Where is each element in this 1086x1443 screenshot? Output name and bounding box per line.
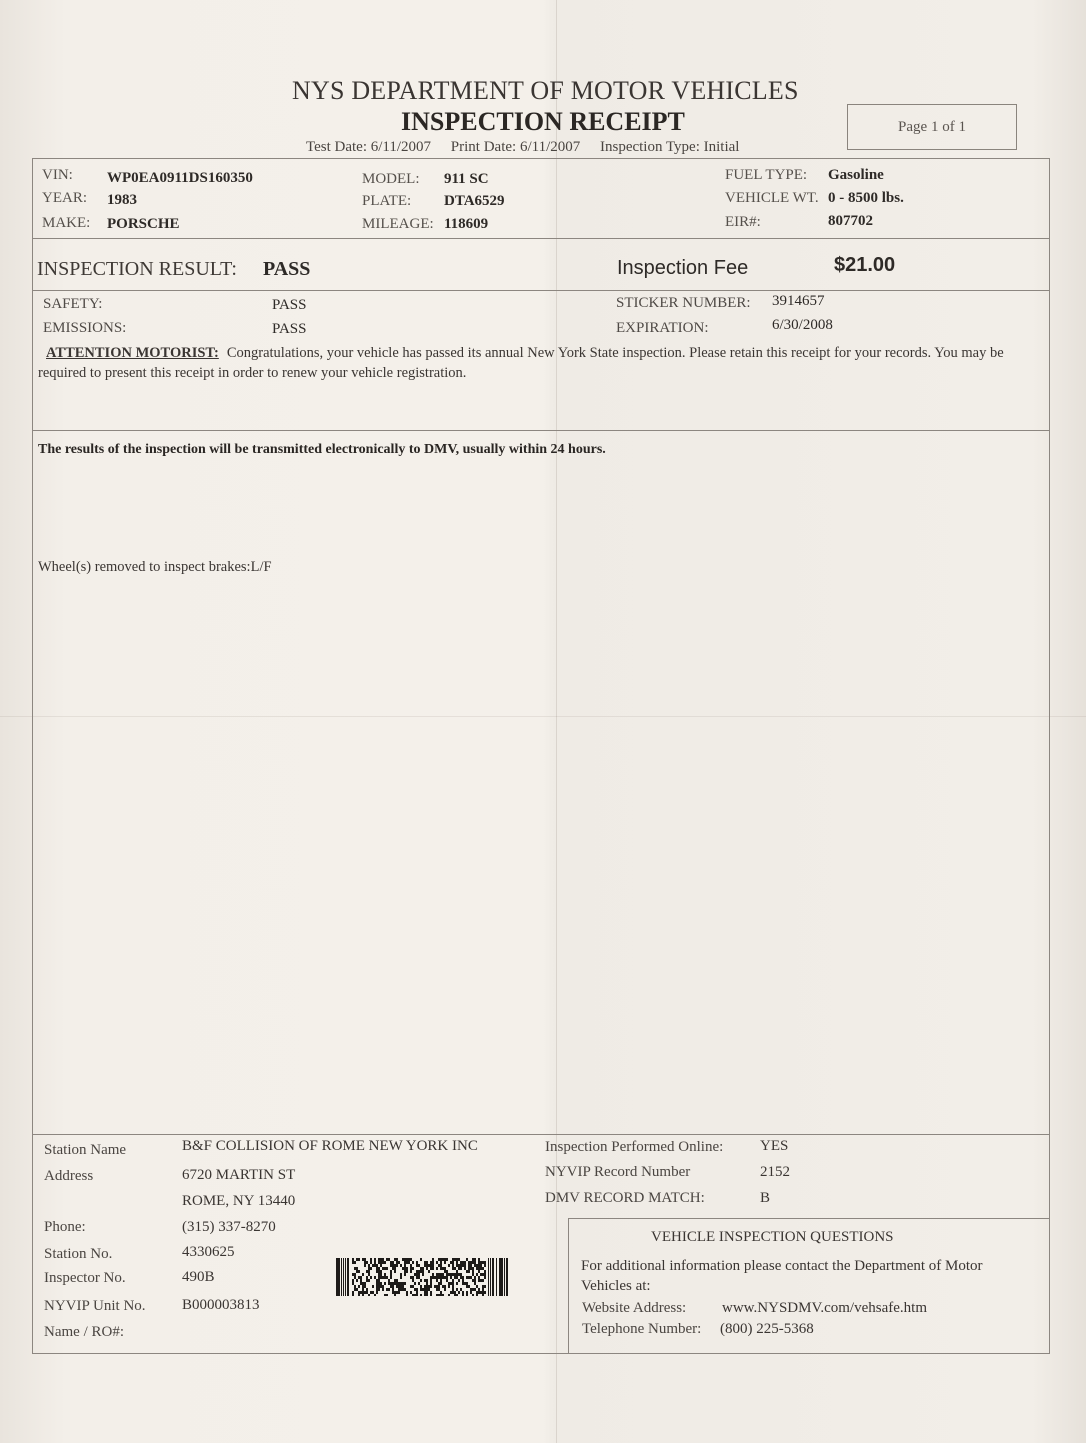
station-name-value: B&F COLLISION OF ROME NEW YORK INC — [182, 1138, 478, 1155]
divider — [32, 238, 1050, 239]
vin-value: WP0EA0911DS160350 — [107, 170, 253, 187]
phone-label: Phone: — [44, 1219, 86, 1236]
safety-value: PASS — [272, 297, 306, 314]
inspector-no-value: 490B — [182, 1269, 215, 1286]
eir-value: 807702 — [828, 213, 873, 230]
year-value: 1983 — [107, 192, 137, 209]
test-date: Test Date: 6/11/2007 — [306, 139, 431, 155]
unit-no-label: NYVIP Unit No. — [44, 1298, 146, 1315]
website-link[interactable]: www.NYSDMV.com/vehsafe.htm — [722, 1300, 927, 1317]
telephone-value: (800) 225-5368 — [720, 1321, 814, 1338]
year-label: YEAR: — [42, 190, 87, 207]
fuel-type-label: FUEL TYPE: — [725, 167, 807, 184]
sticker-number-value: 3914657 — [772, 293, 825, 310]
eir-label: EIR#: — [725, 214, 761, 231]
dmv-record-match-value: B — [760, 1190, 770, 1207]
attention-heading: ATTENTION MOTORIST: — [46, 345, 219, 361]
fee-value: $21.00 — [834, 254, 895, 277]
address-label: Address — [44, 1168, 93, 1185]
questions-title: VEHICLE INSPECTION QUESTIONS — [651, 1229, 894, 1246]
emissions-value: PASS — [272, 321, 306, 338]
vehicle-weight-label: VEHICLE WT. — [725, 190, 819, 207]
mileage-value: 118609 — [444, 216, 488, 233]
attention-message: ATTENTION MOTORIST:Congratulations, your… — [38, 343, 1038, 383]
fee-label: Inspection Fee — [617, 257, 748, 280]
station-no-label: Station No. — [44, 1246, 112, 1263]
sticker-number-label: STICKER NUMBER: — [616, 295, 751, 312]
mileage-label: MILEAGE: — [362, 216, 434, 233]
inspection-type: Inspection Type: Initial — [600, 139, 739, 155]
agency-name: NYS DEPARTMENT OF MOTOR VEHICLES — [292, 76, 799, 106]
name-ro-label: Name / RO#: — [44, 1324, 124, 1341]
safety-label: SAFETY: — [43, 296, 102, 313]
nyvip-record-label: NYVIP Record Number — [545, 1164, 690, 1181]
print-date: Print Date: 6/11/2007 — [451, 139, 580, 155]
expiration-value: 6/30/2008 — [772, 317, 833, 334]
header-dates: Test Date: 6/11/2007 Print Date: 6/11/20… — [306, 139, 755, 156]
performed-online-label: Inspection Performed Online: — [545, 1139, 723, 1156]
telephone-label: Telephone Number: — [582, 1321, 701, 1338]
website-label: Website Address: — [582, 1300, 686, 1317]
plate-label: PLATE: — [362, 193, 411, 210]
emissions-label: EMISSIONS: — [43, 320, 126, 337]
address-line1: 6720 MARTIN ST — [182, 1167, 295, 1184]
divider — [32, 1134, 1050, 1135]
divider — [32, 290, 1050, 291]
performed-online-value: YES — [760, 1138, 788, 1155]
phone-value: (315) 337-8270 — [182, 1219, 276, 1236]
expiration-label: EXPIRATION: — [616, 320, 709, 337]
questions-text: For additional information please contac… — [581, 1256, 1001, 1296]
address-line2: ROME, NY 13440 — [182, 1193, 295, 1210]
vehicle-weight-value: 0 - 8500 lbs. — [828, 190, 904, 207]
result-label: INSPECTION RESULT: — [37, 258, 237, 281]
fuel-type-value: Gasoline — [828, 167, 884, 184]
plate-value: DTA6529 — [444, 193, 505, 210]
page-indicator: Page 1 of 1 — [847, 104, 1017, 150]
station-name-label: Station Name — [44, 1142, 126, 1159]
make-label: MAKE: — [42, 215, 90, 232]
result-value: PASS — [263, 258, 310, 281]
nyvip-record-value: 2152 — [760, 1164, 790, 1181]
pdf417-barcode-icon — [336, 1258, 508, 1296]
transmission-notice: The results of the inspection will be tr… — [38, 442, 606, 458]
station-no-value: 4330625 — [182, 1244, 235, 1261]
make-value: PORSCHE — [107, 216, 180, 233]
vin-label: VIN: — [42, 167, 73, 184]
document-title: INSPECTION RECEIPT — [401, 107, 685, 137]
divider — [32, 430, 1050, 431]
model-value: 911 SC — [444, 171, 489, 188]
inspector-no-label: Inspector No. — [44, 1270, 126, 1287]
unit-no-value: B000003813 — [182, 1297, 260, 1314]
dmv-record-match-label: DMV RECORD MATCH: — [545, 1190, 705, 1207]
model-label: MODEL: — [362, 171, 420, 188]
wheels-removed-note: Wheel(s) removed to inspect brakes:L/F — [38, 559, 272, 576]
